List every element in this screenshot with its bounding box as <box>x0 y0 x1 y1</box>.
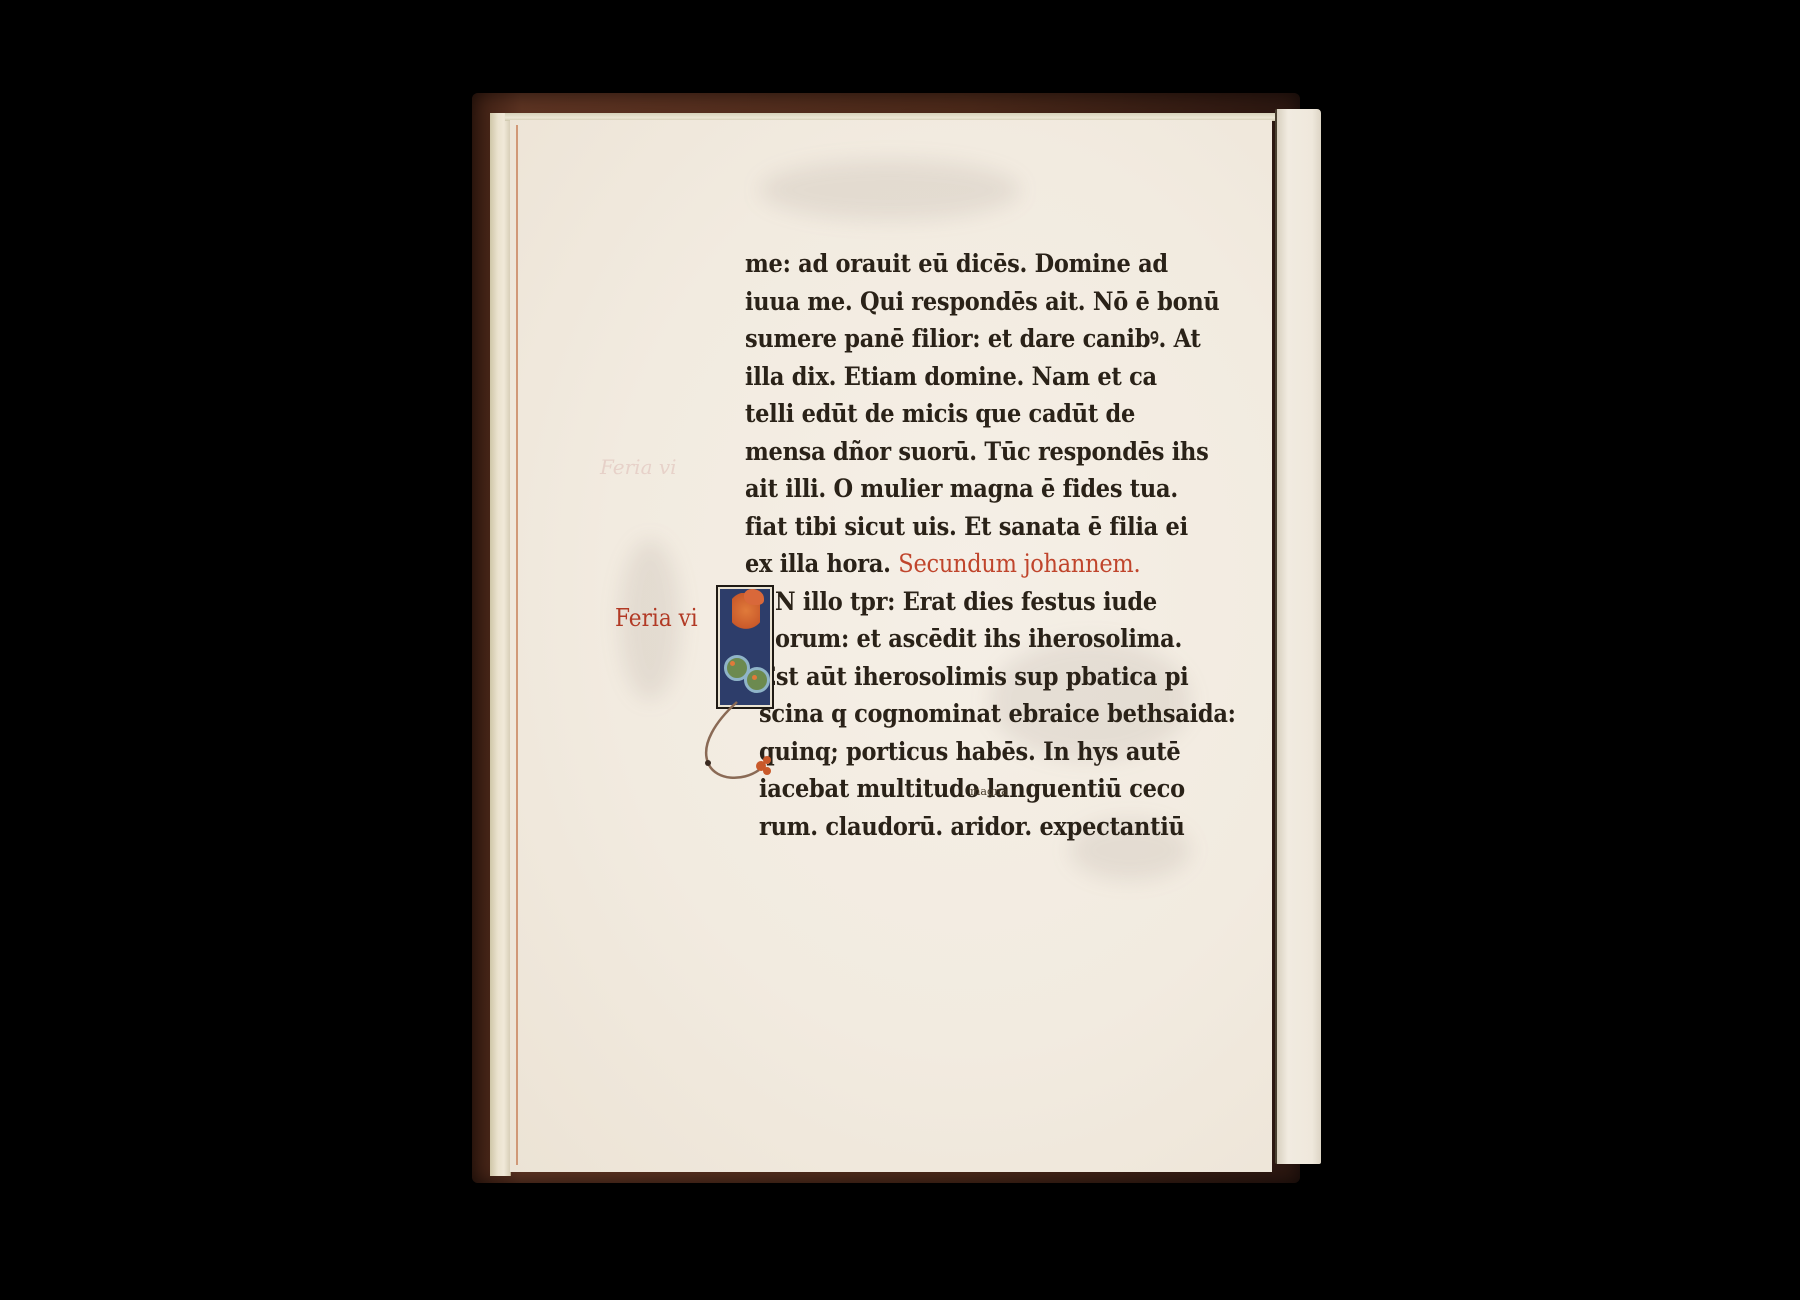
text-line: rum. claudorū. aridor. expectantiū <box>759 808 1160 846</box>
dragon-head-icon <box>744 589 764 605</box>
text-line: telli edūt de micis que cadūt de <box>745 395 1159 433</box>
text-line: N illo tpr: Erat dies festus iude <box>775 583 1162 621</box>
text-line: illa dix. Etiam domine. Nam et ca <box>745 358 1159 396</box>
text-line: ex illa hora. Secundum johannem. <box>745 545 1159 583</box>
foliage-swirl-icon <box>744 667 770 693</box>
text-line: me: ad orauit eū dicēs. Domine ad <box>745 245 1159 283</box>
text-line: Est aūt iherosolimis sup pbatica pi <box>759 658 1160 696</box>
page-stack-edge <box>490 113 511 1176</box>
ornament-dot <box>730 661 735 666</box>
binding-stub <box>1275 109 1321 1164</box>
interlinear-gloss: magna <box>970 785 1008 798</box>
text-line: ait illi. O mulier magna ē fides tua. <box>745 470 1159 508</box>
stain <box>760 160 1020 220</box>
text-line: sumere panē filior: et dare canibꝰ. At <box>745 320 1159 358</box>
text-line: fiat tibi sicut uis. Et sanata ē filia e… <box>745 508 1159 546</box>
text-line: iuua me. Qui respondēs ait. Nō ē bonū <box>745 283 1159 321</box>
illuminated-initial <box>716 585 774 709</box>
text-line-end: ex illa hora. <box>745 549 891 578</box>
text-line: iacebat multitudo languentiū ceco <box>759 770 1160 808</box>
show-through-margin-text: Feria vi <box>600 455 677 479</box>
text-block: me: ad orauit eū dicēs. Domine ad iuua m… <box>745 245 1205 845</box>
text-line: orum: et ascēdit ihs iherosolima. <box>775 620 1162 658</box>
rubric-heading: Secundum johannem. <box>898 549 1140 578</box>
initial-flourish-tail <box>697 700 777 790</box>
text-line: scina q cognominat ebraice bethsaida: <box>759 695 1160 733</box>
text-line: mensa dñor suorū. Tūc respondēs ihs <box>745 433 1159 471</box>
margin-ruling-line <box>516 125 518 1165</box>
margin-rubric-feria: Feria vi <box>615 604 698 632</box>
ornament-dot <box>752 675 757 680</box>
text-line: quinq; porticus habēs. In hys autē <box>759 733 1160 771</box>
